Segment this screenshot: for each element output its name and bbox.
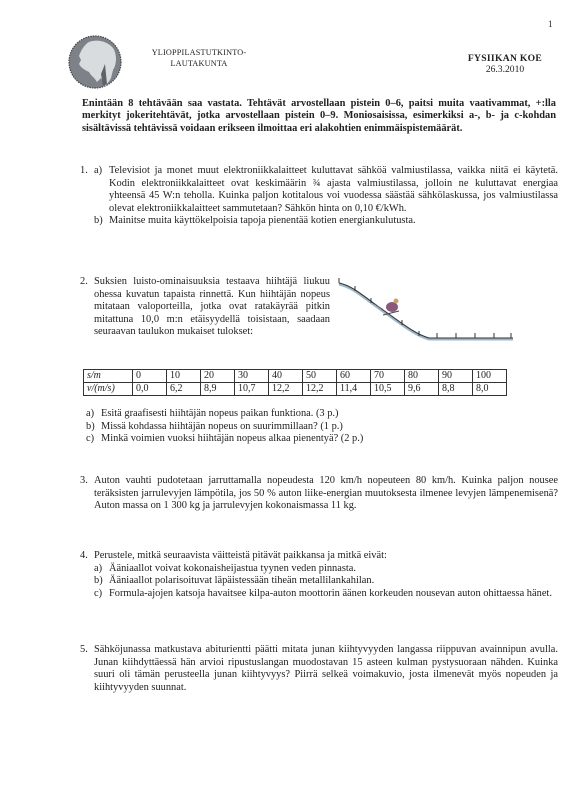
question-2-parts: a) Esitä graafisesti hiihtäjän nopeus pa… — [86, 408, 506, 446]
question-number: 4. — [80, 550, 88, 563]
table-cell: 12,2 — [303, 383, 337, 396]
table-cell: 0 — [133, 370, 167, 383]
part-label: b) — [94, 215, 103, 228]
question-2b: b) Missä kohdassa hiihtäjän nopeus on su… — [86, 421, 506, 434]
part-text: Televisiot ja monet muut elektroniikkala… — [109, 165, 558, 214]
org-line-1: YLIOPPILASTUTKINTO- — [134, 47, 264, 58]
part-text: Ääniaallot polarisoituvat läpäistessään … — [109, 575, 374, 586]
part-label: b) — [94, 575, 103, 588]
table-cell: 90 — [439, 370, 473, 383]
row-header: s/m — [84, 370, 133, 383]
exam-header: FYSIIKAN KOE 26.3.2010 — [450, 53, 560, 75]
question-text: Sähköjunassa matkustava abiturientti pää… — [94, 644, 558, 694]
question-text: Suksien luisto-ominaisuuksia testaava hi… — [94, 276, 330, 339]
question-text: Auton vauhti pudotetaan jarruttamalla no… — [94, 475, 558, 513]
part-text: Missä kohdassa hiihtäjän nopeus on suuri… — [101, 421, 343, 432]
table-row: s/m 0 10 20 30 40 50 60 70 80 90 100 — [84, 370, 507, 383]
part-label: c) — [94, 588, 102, 601]
question-number: 1. — [80, 165, 88, 178]
part-text: Minkä voimien vuoksi hiihtäjän nopeus al… — [101, 433, 363, 444]
table-cell: 40 — [269, 370, 303, 383]
question-4a: a) Ääniaallot voivat kokonaisheijastua t… — [94, 563, 558, 576]
question-4b: b) Ääniaallot polarisoituvat läpäistessä… — [94, 575, 558, 588]
question-number: 3. — [80, 475, 88, 488]
speed-measurement-table: s/m 0 10 20 30 40 50 60 70 80 90 100 v/(… — [83, 369, 507, 396]
part-label: c) — [86, 433, 94, 446]
part-label: a) — [94, 563, 102, 576]
table-cell: 50 — [303, 370, 337, 383]
question-number: 2. — [80, 276, 88, 289]
table-cell: 11,4 — [337, 383, 371, 396]
part-label: a) — [86, 408, 94, 421]
table-cell: 10,5 — [371, 383, 405, 396]
question-4: 4. Perustele, mitkä seuraavista väitteis… — [80, 550, 558, 600]
table-cell: 8,8 — [439, 383, 473, 396]
part-text: Esitä graafisesti hiihtäjän nopeus paika… — [101, 408, 338, 419]
question-2a: a) Esitä graafisesti hiihtäjän nopeus pa… — [86, 408, 506, 421]
part-text: Mainitse muita käyttökelpoisia tapoja pi… — [109, 215, 416, 226]
question-text: Perustele, mitkä seuraavista väitteistä … — [94, 550, 558, 563]
question-1b: b) Mainitse muita käyttökelpoisia tapoja… — [94, 215, 558, 228]
part-text: Formula-ajojen katsoja havaitsee kilpa-a… — [109, 588, 552, 599]
table-row: v/(m/s) 0,0 6,2 8,9 10,7 12,2 12,2 11,4 … — [84, 383, 507, 396]
question-2c: c) Minkä voimien vuoksi hiihtäjän nopeus… — [86, 433, 506, 446]
table-cell: 60 — [337, 370, 371, 383]
question-3: 3. Auton vauhti pudotetaan jarruttamalla… — [80, 475, 558, 513]
table-cell: 10 — [167, 370, 201, 383]
skier-on-slope-figure — [333, 275, 513, 355]
exam-date: 26.3.2010 — [450, 64, 560, 75]
part-label: b) — [86, 421, 95, 434]
instructions: Enintään 8 tehtävään saa vastata. Tehtäv… — [82, 98, 556, 135]
page-number: 1 — [548, 18, 553, 31]
row-header: v/(m/s) — [84, 383, 133, 396]
table-cell: 9,6 — [405, 383, 439, 396]
table-cell: 20 — [201, 370, 235, 383]
question-1a: a) Televisiot ja monet muut elektroniikk… — [94, 165, 558, 215]
organization-name: YLIOPPILASTUTKINTO- LAUTAKUNTA — [134, 47, 264, 69]
table-cell: 100 — [473, 370, 507, 383]
question-2: 2. Suksien luisto-ominaisuuksia testaava… — [80, 276, 330, 339]
table-cell: 8,9 — [201, 383, 235, 396]
table-cell: 30 — [235, 370, 269, 383]
ylioppilastutkintolautakunta-logo-icon — [67, 34, 123, 90]
table-cell: 10,7 — [235, 383, 269, 396]
question-number: 5. — [80, 644, 88, 657]
table-cell: 6,2 — [167, 383, 201, 396]
table-cell: 70 — [371, 370, 405, 383]
table-cell: 80 — [405, 370, 439, 383]
question-4c: c) Formula-ajojen katsoja havaitsee kilp… — [94, 588, 558, 601]
exam-title: FYSIIKAN KOE — [450, 53, 560, 64]
table-cell: 0,0 — [133, 383, 167, 396]
question-1: 1. a) Televisiot ja monet muut elektroni… — [80, 165, 558, 228]
table-cell: 8,0 — [473, 383, 507, 396]
part-text: Ääniaallot voivat kokonaisheijastua tyyn… — [109, 563, 356, 574]
part-label: a) — [94, 165, 102, 178]
org-line-2: LAUTAKUNTA — [134, 58, 264, 69]
table-cell: 12,2 — [269, 383, 303, 396]
question-5: 5. Sähköjunassa matkustava abiturientti … — [80, 644, 558, 694]
